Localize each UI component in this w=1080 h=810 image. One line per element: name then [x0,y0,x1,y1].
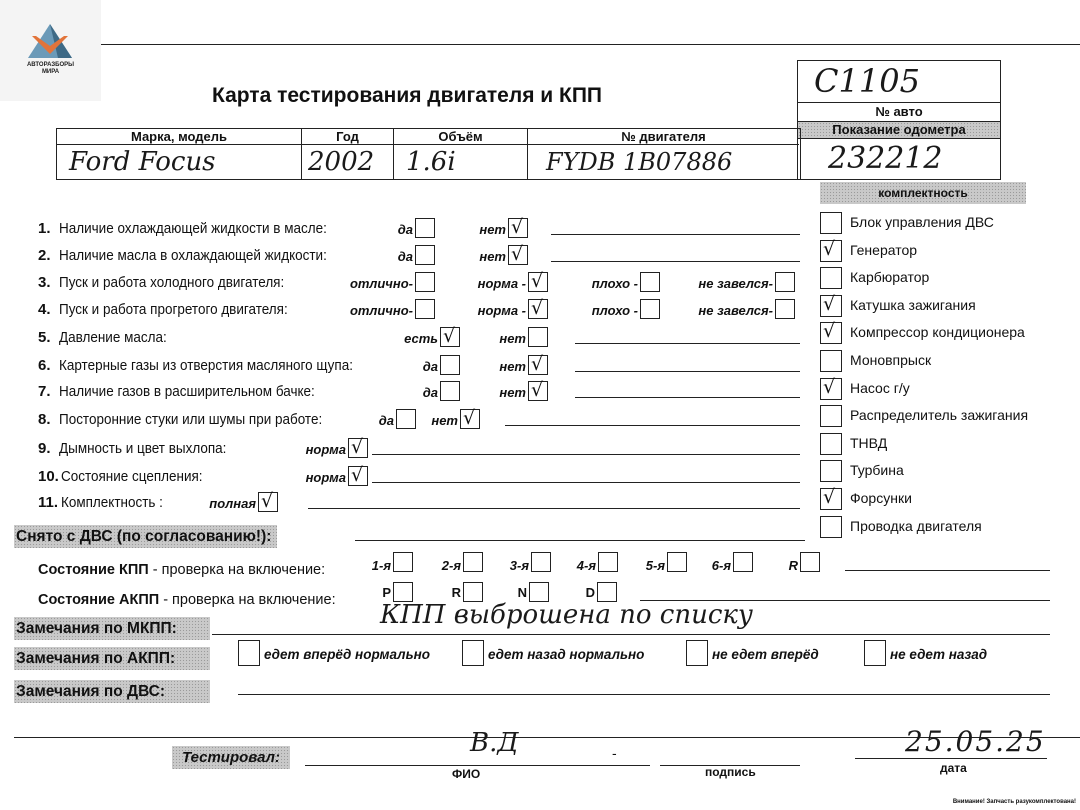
completeness-item-label: ТНВД [850,435,887,451]
check-label: Дымность и цвет выхлопа: [59,441,226,457]
completeness-checkbox[interactable] [820,267,842,289]
auto-gearbox-rest: - проверка на включение: [159,592,335,608]
signature-dash: - [612,745,617,761]
gear-checkbox[interactable] [393,552,413,572]
check-notes-line[interactable] [372,454,800,455]
check-label: Наличие газов в расширительном бачке: [59,384,315,400]
check-number: 10. [38,468,59,485]
gear-checkbox[interactable] [800,552,820,572]
check-label: Картерные газы из отверстия масляного щу… [59,358,353,374]
gear-label: R [760,558,798,573]
check-option-checkbox[interactable] [528,355,548,375]
make-model-cell: Марка, модель Ford Focus [57,129,302,179]
check-label: Комплектность : [61,495,163,511]
volume-header: Объём [394,129,527,145]
removed-line[interactable] [355,540,805,541]
auto-mode-label: N [489,585,527,600]
completeness-item-label: Блок управления ДВС [850,214,994,230]
year-value[interactable]: 2002 [302,145,393,179]
akpp-remark-label: едет вперёд нормально [264,647,430,662]
mkpp-remarks-value[interactable]: КПП выброшена по списку [380,600,753,630]
mkpp-remarks-label: Замечания по МКПП: [14,617,210,640]
manual-gearbox-bold: Состояние КПП [38,562,149,578]
mkpp-remarks-line [212,634,1050,635]
check-option-label: плохо - [550,276,638,291]
gear-checkbox[interactable] [667,552,687,572]
check-option-label: норма - [438,276,526,291]
make-model-header: Марка, модель [57,129,301,145]
completeness-item-label: Генератор [850,242,917,258]
completeness-item-label: Карбюратор [850,269,929,285]
name-line [305,765,650,766]
completeness-checkbox[interactable] [820,433,842,455]
dvs-remarks-label: Замечания по ДВС: [14,680,210,703]
auto-mode-checkbox[interactable] [529,582,549,602]
logo-text-line1: АВТОРАЗБОРЫ [0,62,101,68]
year-cell: Год 2002 [302,129,394,179]
completeness-checkbox[interactable] [820,460,842,482]
completeness-checkbox[interactable] [820,322,842,344]
gear-label: 3-я [491,558,529,573]
check-notes-line[interactable] [575,371,800,372]
tester-name-value[interactable]: В.Д [470,728,519,758]
auto-mode-checkbox[interactable] [597,582,617,602]
akpp-remark-label: не едет назад [890,647,987,662]
check-option-label: нет [370,413,458,428]
odometer-label: Показание одометра [798,121,1000,139]
completeness-checkbox[interactable] [820,350,842,372]
check-number: 1. [38,220,51,237]
check-number: 5. [38,329,51,346]
volume-value[interactable]: 1.6i [394,145,527,179]
check-label: Давление масла: [59,330,167,346]
completeness-item-label: Катушка зажигания [850,297,976,313]
check-option-label: нет [438,359,526,374]
date-caption: дата [940,761,967,775]
check-number: 3. [38,274,51,291]
check-option-checkbox[interactable] [508,218,528,238]
completeness-checkbox[interactable] [820,405,842,427]
check-option-checkbox[interactable] [528,299,548,319]
completeness-checkbox[interactable] [820,295,842,317]
check-label: Наличие охлаждающей жидкости в масле: [59,221,327,237]
auto-mode-checkbox[interactable] [463,582,483,602]
check-option-checkbox[interactable] [508,245,528,265]
check-option-checkbox[interactable] [415,272,435,292]
akpp-remark-label: не едет вперёд [712,647,819,662]
year-header: Год [302,129,393,145]
akpp-remark-checkbox[interactable] [238,640,260,666]
check-option-label: есть [350,331,438,346]
completeness-item-label: Проводка двигателя [850,518,982,534]
completeness-checkbox[interactable] [820,212,842,234]
check-option-label: нет [438,331,526,346]
check-option-checkbox[interactable] [640,272,660,292]
check-option-checkbox[interactable] [775,272,795,292]
check-option-checkbox[interactable] [348,438,368,458]
gear-checkbox[interactable] [463,552,483,572]
name-caption: ФИО [452,767,480,781]
check-option-label: норма - [438,303,526,318]
completeness-item-label: Компрессор кондиционера [850,324,1025,340]
check-option-checkbox[interactable] [528,381,548,401]
gear-label: 5-я [627,558,665,573]
completeness-checkbox[interactable] [820,240,842,262]
check-option-checkbox[interactable] [775,299,795,319]
check-option-checkbox[interactable] [640,299,660,319]
check-option-label: не завелся- [685,276,773,291]
check-option-label: отлично- [325,303,413,318]
check-option-label: да [350,359,438,374]
check-option-label: норма [258,470,346,485]
signature-caption: подпись [705,765,756,779]
completeness-item-label: Распределитель зажигания [850,407,1028,423]
check-label: Состояние сцепления: [61,469,203,485]
engine-number-value[interactable]: FYDB 1B07886 [528,145,799,179]
completeness-item-label: Моновпрыск [850,352,931,368]
gear-label: 2-я [423,558,461,573]
check-notes-line[interactable] [308,508,800,509]
check-label: Пуск и работа прогретого двигателя: [59,302,288,318]
check-notes-line[interactable] [372,482,800,483]
completeness-checkbox[interactable] [820,378,842,400]
check-number: 6. [38,357,51,374]
footer-warning: Внимание! Запчасть разукомплектована! [953,799,1076,805]
check-number: 4. [38,301,51,318]
completeness-checkbox[interactable] [820,488,842,510]
gear-label: 4-я [558,558,596,573]
auto-gearbox-label: Состояние АКПП - проверка на включение: [38,592,336,608]
gear-label: 6-я [693,558,731,573]
odometer-value[interactable]: 232212 [798,139,1000,179]
removed-label: Снято с ДВС (по согласованию!): [14,525,277,548]
check-notes-line[interactable] [575,397,800,398]
auto-number-box: C1105 № авто Показание одометра 232212 [797,60,1001,180]
make-model-value[interactable]: Ford Focus [57,145,301,179]
check-number: 7. [38,383,51,400]
auto-mode-label: D [557,585,595,600]
vehicle-info-table: Марка, модель Ford Focus Год 2002 Объём … [56,128,801,180]
completeness-checkbox[interactable] [820,516,842,538]
top-rule [101,44,1080,45]
check-option-label: не завелся- [685,303,773,318]
completeness-item-label: Турбина [850,462,904,478]
check-notes-line[interactable] [505,425,800,426]
check-option-checkbox[interactable] [528,272,548,292]
check-option-label: да [350,385,438,400]
check-option-label: отлично- [325,276,413,291]
auto-mode-label: P [353,585,391,600]
check-number: 11. [38,494,58,511]
date-line [855,758,1047,759]
auto-number-label: № авто [798,103,1000,121]
mountain-check-logo-icon [28,24,72,60]
manual-gearbox-label: Состояние КПП - проверка на включение: [38,562,325,578]
akpp-remark-label: едет назад нормально [488,647,644,662]
check-option-label: норма [258,442,346,457]
engine-number-header: № двигателя [528,129,799,145]
manual-gearbox-line[interactable] [845,570,1050,571]
check-label: Посторонние стуки или шумы при работе: [59,412,322,428]
akpp-remark-checkbox[interactable] [462,640,484,666]
check-number: 2. [38,247,51,264]
check-option-checkbox[interactable] [415,299,435,319]
gear-checkbox[interactable] [531,552,551,572]
check-option-checkbox[interactable] [258,492,278,512]
date-value[interactable]: 25.05.25 [905,725,1046,758]
check-label: Наличие масла в охлаждающей жидкости: [59,248,327,264]
dvs-remarks-line[interactable] [238,694,1050,695]
check-option-checkbox[interactable] [460,409,480,429]
manual-gearbox-rest: - проверка на включение: [149,562,325,578]
akpp-remarks-label: Замечания по АКПП: [14,647,210,670]
tested-by-label: Тестировал: [172,746,290,769]
check-number: 8. [38,411,51,428]
check-option-label: да [325,222,413,237]
check-number: 9. [38,440,51,457]
check-option-checkbox[interactable] [348,466,368,486]
gear-label: 1-я [353,558,391,573]
check-option-label: да [325,249,413,264]
check-option-label: нет [438,385,526,400]
auto-gearbox-bold: Состояние АКПП [38,592,159,608]
gear-checkbox[interactable] [598,552,618,572]
company-logo: АВТОРАЗБОРЫ МИРА [0,0,101,101]
completeness-item-label: Насос г/у [850,380,910,396]
gear-checkbox[interactable] [733,552,753,572]
check-option-label: плохо - [550,303,638,318]
volume-cell: Объём 1.6i [394,129,528,179]
auto-mode-checkbox[interactable] [393,582,413,602]
check-option-label: полная [168,496,256,511]
auto-mode-label: R [423,585,461,600]
completeness-item-label: Форсунки [850,490,912,506]
check-option-checkbox[interactable] [528,327,548,347]
check-label: Пуск и работа холодного двигателя: [59,275,284,291]
page-title: Карта тестирования двигателя и КПП [212,84,602,108]
logo-text-line2: МИРА [0,69,101,75]
akpp-remark-checkbox[interactable] [686,640,708,666]
completeness-heading: комплектность [820,182,1026,204]
check-notes-line[interactable] [575,343,800,344]
auto-number-value[interactable]: C1105 [798,61,1000,103]
akpp-remark-checkbox[interactable] [864,640,886,666]
engine-number-cell: № двигателя FYDB 1B07886 [528,129,799,179]
check-notes-line[interactable] [551,261,800,262]
check-option-label: нет [418,249,506,264]
check-notes-line[interactable] [551,234,800,235]
check-option-label: нет [418,222,506,237]
